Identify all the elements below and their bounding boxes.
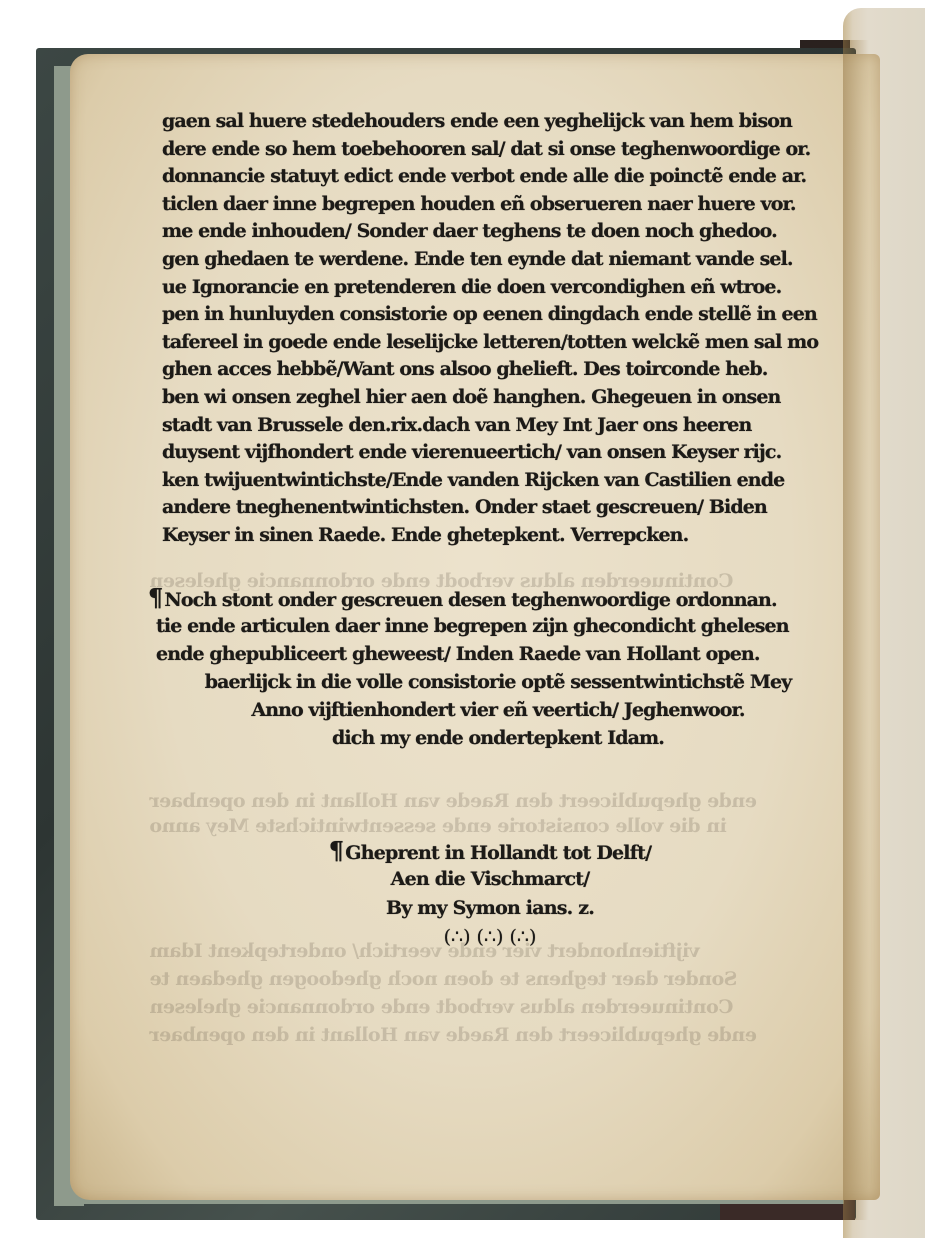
pilcrow-icon: ¶ — [148, 584, 162, 612]
colophon-line: Aen die Vischmarct/ — [290, 865, 690, 894]
text-line: Anno vijftienhondert vier eñ veertich/ J… — [148, 696, 848, 724]
showthrough-line: ende ghepubliceert den Raede van Hollant… — [150, 790, 757, 812]
text-line: baerlijck in die volle consistorie optẽ … — [148, 668, 848, 696]
text-line: gen ghedaen te werdene. Ende ten eynde d… — [162, 246, 852, 274]
colophon-line: ¶Gheprent in Hollandt tot Delft/ — [290, 836, 690, 865]
main-text: gaen sal huere stedehouders ende een yeg… — [162, 108, 852, 550]
showthrough-line: in die volle consistorie ende sessentwin… — [150, 815, 727, 837]
text-line: tafereel in goede ende leselijcke letter… — [162, 329, 852, 357]
text-line: me ende inhouden/ Sonder daer teghens te… — [162, 218, 852, 246]
text-span: Gheprent in Hollandt tot Delft/ — [345, 842, 651, 864]
text-line: tie ende articulen daer inne begrepen zi… — [148, 612, 848, 640]
text-line: gaen sal huere stedehouders ende een yeg… — [162, 108, 852, 136]
text-line: ue Ignorancie en pretenderen die doen ve… — [162, 274, 852, 302]
text-line: ticlen daer inne begrepen houden eñ obse… — [162, 191, 852, 219]
text-line: ghen acces hebbẽ/Want ons alsoo ghelieft… — [162, 356, 852, 384]
text-line: duysent vijfhondert ende vierenueertich/… — [162, 439, 852, 467]
text-line: Keyser in sinen Raede. Ende ghetepkent. … — [162, 522, 852, 550]
ornament-marks: (∴) (∴) (∴) — [290, 923, 690, 952]
pilcrow-icon: ¶ — [329, 836, 343, 865]
text-line: dich my ende ondertepkent Idam. — [148, 724, 848, 752]
showthrough-line: Sonder daer teghens te doen noch ghedoog… — [150, 968, 737, 990]
text-line: ken twijuentwintichste/Ende vanden Rijck… — [162, 467, 852, 495]
text-line: ende ghepubliceert gheweest/ Inden Raede… — [148, 640, 848, 668]
colophon-line: By my Symon ians. z. — [290, 894, 690, 923]
colophon: ¶Gheprent in Hollandt tot Delft/ Aen die… — [290, 836, 690, 952]
text-line: ¶Noch stont onder gescreuen desen teghen… — [148, 584, 848, 612]
text-line: dere ende so hem toebehooren sal/ dat si… — [162, 136, 852, 164]
text-line: ben wi onsen zeghel hier aen doẽ hanghen… — [162, 384, 852, 412]
text-line: andere tneghenentwintichsten. Onder stae… — [162, 494, 852, 522]
showthrough-line: Continueerden aldus verbodt ende ordonna… — [150, 996, 733, 1018]
second-paragraph: ¶Noch stont onder gescreuen desen teghen… — [148, 584, 848, 752]
showthrough-line: ende ghepubliceert den Raede van Hollant… — [150, 1024, 757, 1046]
text-span: Noch stont onder gescreuen desen teghenw… — [164, 589, 776, 611]
text-line: stadt van Brussele den.rix.dach van Mey … — [162, 412, 852, 440]
text-line: pen in hunluyden consistorie op eenen di… — [162, 301, 852, 329]
text-line: donnancie statuyt edict ende verbot ende… — [162, 163, 852, 191]
